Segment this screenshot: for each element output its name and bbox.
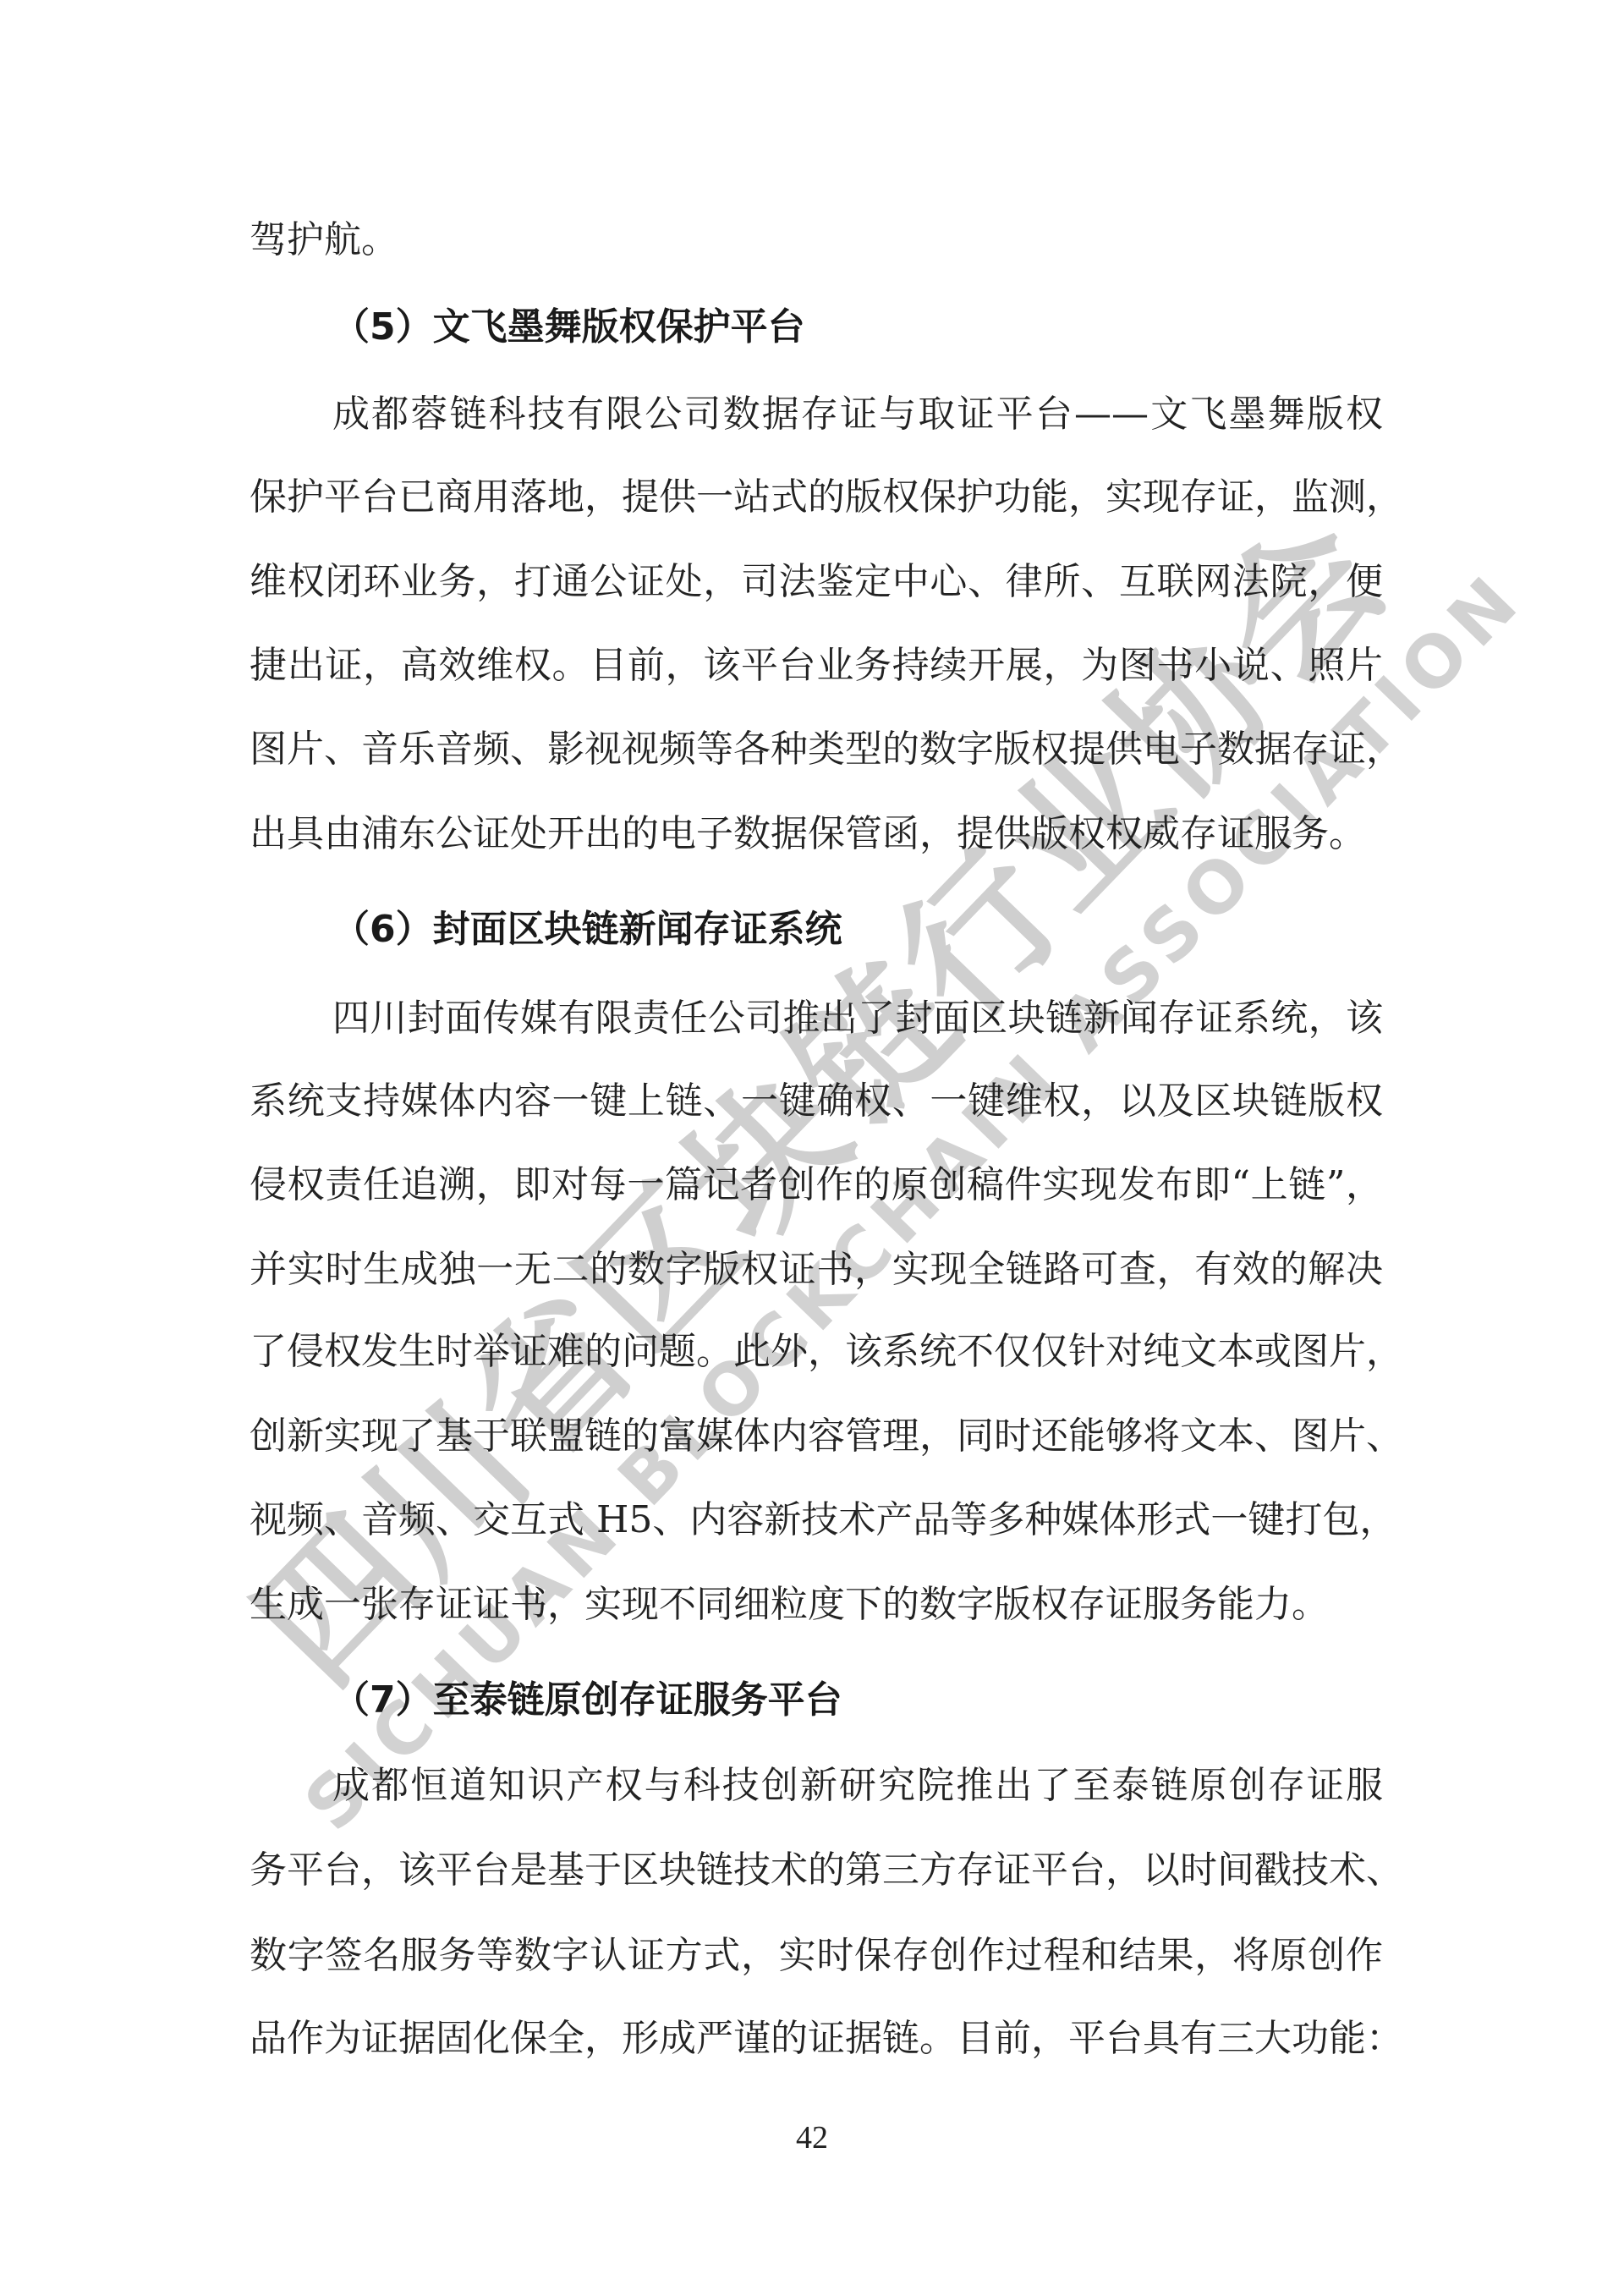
paragraph-line: 创新实现了基于联盟链的富媒体内容管理，同时还能够将文本、图片、 <box>250 1411 1383 1462</box>
paragraph-line: 捷出证，高效维权。目前，该平台业务持续开展，为图书小说、照片 <box>250 640 1383 691</box>
paragraph-line: 务平台，该平台是基于区块链技术的第三方存证平台，以时间戳技术、 <box>250 1845 1383 1896</box>
paragraph-line: 出具由浦东公证处开出的电子数据保管函，提供版权权威存证服务。 <box>250 809 1383 860</box>
paragraph-line: 成都蓉链科技有限公司数据存证与取证平台——文飞墨舞版权 <box>332 389 1383 440</box>
paragraph-line: 了侵权发生时举证难的问题。此外，该系统不仅仅针对纯文本或图片， <box>250 1327 1383 1377</box>
document-page: 四川省区块链行业协会 SICHUAN BLOCKCHAIN ASSOCIATIO… <box>0 0 1624 2296</box>
section-heading-5: （5）文飞墨舞版权保护平台 <box>332 302 805 353</box>
paragraph-line: 图片、音乐音频、影视视频等各种类型的数字版权提供电子数据存证， <box>250 724 1383 775</box>
paragraph-line: 保护平台已商用落地，提供一站式的版权保护功能，实现存证，监测， <box>250 472 1383 523</box>
page-number: 42 <box>0 2119 1624 2156</box>
section-heading-6: （6）封面区块链新闻存证系统 <box>332 904 842 955</box>
paragraph-line: 四川封面传媒有限责任公司推出了封面区块链新闻存证系统，该 <box>332 993 1383 1044</box>
section-heading-7: （7）至泰链原创存证服务平台 <box>332 1675 842 1726</box>
paragraph-line: 驾护航。 <box>250 215 1383 266</box>
paragraph-line: 系统支持媒体内容一键上链、一键确权、一键维权，以及区块链版权 <box>250 1076 1383 1127</box>
paragraph-line: 并实时生成独一无二的数字版权证书，实现全链路可查，有效的解决 <box>250 1244 1383 1295</box>
paragraph-line: 生成一张存证证书，实现不同细粒度下的数字版权存证服务能力。 <box>250 1579 1383 1630</box>
paragraph-line: 成都恒道知识产权与科技创新研究院推出了至泰链原创存证服 <box>332 1760 1383 1811</box>
paragraph-line: 视频、音频、交互式 H5、内容新技术产品等多种媒体形式一键打包， <box>250 1495 1383 1546</box>
paragraph-line: 品作为证据固化保全，形成严谨的证据链。目前，平台具有三大功能： <box>250 2013 1383 2064</box>
paragraph-line: 维权闭环业务，打通公证处，司法鉴定中心、律所、互联网法院，便 <box>250 557 1383 607</box>
paragraph-line: 侵权责任追溯，即对每一篇记者创作的原创稿件实现发布即“上链”， <box>250 1160 1383 1211</box>
paragraph-line: 数字签名服务等数字认证方式，实时保存创作过程和结果，将原创作 <box>250 1931 1383 1981</box>
